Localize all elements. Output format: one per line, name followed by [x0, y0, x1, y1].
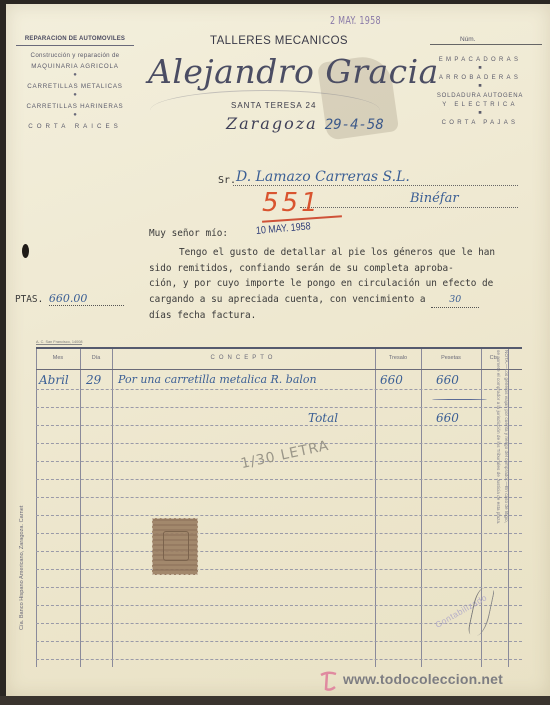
- body-line-due: cargando a su apreciada cuenta, con venc…: [149, 292, 524, 309]
- row1-dia: 29: [86, 373, 101, 387]
- red-reference-number: 551: [262, 188, 321, 218]
- ptas-amount: PTAS. 660.00: [15, 292, 124, 306]
- header-pesetas: Pesetas: [421, 355, 481, 361]
- bullet-icon: ●: [16, 72, 134, 79]
- row1-pesetas: 660: [436, 373, 459, 387]
- company-type: TALLERES MECANICOS: [210, 35, 348, 47]
- header-concepto: CONCEPTO: [112, 355, 375, 361]
- salutation: Muy señor mío:: [149, 228, 228, 239]
- header-mes: Mes: [36, 355, 80, 361]
- body-line: sido remitidos, confiando serán de su co…: [149, 261, 524, 277]
- total-rule: [432, 399, 487, 400]
- company-name: Alejandro Gracia: [148, 52, 439, 91]
- bullet-icon: ●: [16, 112, 134, 119]
- watermark-text: www.todocoleccion.net: [343, 671, 503, 687]
- service-item: CARRETILLAS METALICAS: [16, 83, 134, 90]
- punch-hole: [22, 244, 29, 258]
- received-date-stamp: 2 MAY. 1958: [330, 15, 381, 27]
- service-item: CORTA RAICES: [16, 123, 134, 130]
- letter-body: Tengo el gusto de detallar al pie los gé…: [149, 245, 524, 324]
- row1-concepto: Por una carretilla metalica R. balon: [118, 373, 317, 386]
- city: Zaragoza: [226, 114, 318, 133]
- number-field: Núm.: [430, 36, 542, 45]
- service-item: Y ELECTRICA: [420, 102, 540, 108]
- total-label: Total: [308, 411, 338, 425]
- right-margin-note: NOTA.—Los géneros viajan por cuenta y ri…: [494, 350, 510, 650]
- total-pesetas: 660: [436, 411, 459, 425]
- right-services: Núm. EMPACADORAS ■ ARROBADERAS ■ SOLDADU…: [420, 36, 540, 126]
- service-item: CORTA PAJAS: [420, 120, 540, 126]
- scan-edge: [0, 696, 550, 705]
- service-item: EMPACADORAS: [420, 57, 540, 63]
- fiscal-stamp: [152, 518, 198, 575]
- left-margin-text: Cía. Banco Hispano Americano, Zaragoza. …: [19, 506, 25, 630]
- bullet-icon: ●: [16, 92, 134, 99]
- bullet-icon: ■: [420, 110, 540, 117]
- todocoleccion-logo-icon: [318, 669, 340, 693]
- addressee-city: Binéfar: [410, 191, 459, 206]
- addressee-line: Sr. D. Lamazo Carreras S.L.: [218, 175, 518, 186]
- bullet-icon: ■: [420, 65, 540, 72]
- ptas-label: PTAS.: [15, 294, 43, 305]
- left-services-heading: REPARACION DE AUTOMOVILES: [16, 36, 134, 46]
- bullet-icon: ■: [420, 83, 540, 90]
- service-item: ARROBADERAS: [420, 75, 540, 81]
- ptas-value: 660.00: [49, 292, 124, 306]
- body-line: ción, y por cuyo importe le pongo en cir…: [149, 276, 524, 292]
- row1-mes: Abril: [39, 373, 69, 387]
- invoice-date: 29-4-58: [325, 117, 384, 133]
- header-dia: Día: [80, 355, 112, 361]
- addressee-city-line: Binéfar: [300, 193, 518, 208]
- left-services: REPARACION DE AUTOMOVILES Construcción y…: [16, 36, 134, 130]
- body-line: días fecha factura.: [149, 308, 524, 324]
- row1-tresalo: 660: [380, 373, 403, 387]
- service-item: CARRETILLAS HARINERAS: [16, 103, 134, 110]
- city-date-line: Zaragoza 29-4-58: [226, 114, 384, 133]
- service-item: MAQUINARIA AGRICOLA: [16, 63, 134, 70]
- service-item: Construcción y reparación de: [16, 52, 134, 59]
- header-tresalo: Tresalo: [375, 355, 421, 361]
- service-item: SOLDADURA AUTOGENA: [420, 93, 540, 99]
- company-address: SANTA TERESA 24: [231, 101, 316, 110]
- printer-note: A. C. San Francisco, 14008: [36, 340, 82, 345]
- due-days: 30: [431, 292, 479, 309]
- addressee-name: D. Lamazo Carreras S.L.: [236, 169, 410, 185]
- body-line: Tengo el gusto de detallar al pie los gé…: [149, 245, 524, 261]
